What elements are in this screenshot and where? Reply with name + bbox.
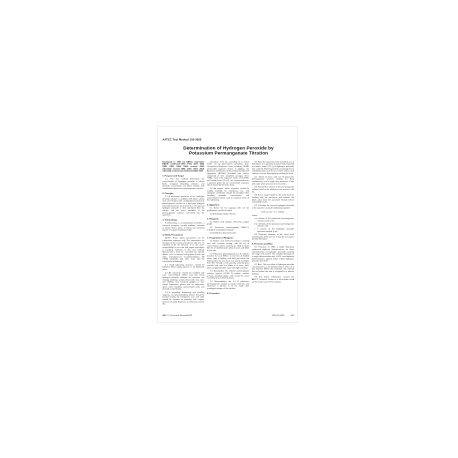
text-block: 4.2 All chemicals should be handled with… (162, 272, 204, 291)
text-block: 1.1 This test method determines the conc… (162, 178, 204, 190)
section-heading: 5. Apparatus (207, 204, 249, 206)
text-block: 8.2 Titrate at once with 0.1 N potassium… (252, 176, 294, 185)
text-block: 7.4 Restandardize the 0.1 N potassium pe… (207, 281, 249, 290)
method-number-header: AATCC Test Method 102-2002 (162, 138, 201, 141)
column-right: 8.1 Pipet the specimen to be titrated (1… (252, 161, 294, 312)
text-block: 7.2 Potassium permanganate, 0.1 N soluti… (207, 253, 249, 269)
document-title: Determination of Hydrogen Peroxide by Po… (158, 146, 298, 156)
text-block: 8.1 Pipet the specimen to be titrated (1… (252, 161, 294, 175)
text-block: Developed in 1961 by AATCC Committee RA1… (162, 161, 204, 173)
page-content: AATCC Test Method 102-2002 Determination… (158, 127, 298, 323)
text-block: 4.4 An organic vapor respirator should b… (207, 188, 249, 202)
footer-method-code: TM 102-2002 (272, 314, 285, 316)
text-block: 8.4 Run a reagent blank in the same mann… (252, 194, 294, 203)
text-block: 6.1 Sulfuric acid solution, 10% (v/v), r… (207, 221, 249, 226)
section-heading: 1. Purpose and Scope (162, 175, 204, 177)
section-heading: 2. Principle (162, 192, 204, 194)
text-block: c = volume of the hydrogen peroxide spec… (252, 228, 294, 233)
section-heading: 3. Terminology (162, 219, 204, 221)
document-page: AATCC Test Method 102-2002 Determination… (157, 126, 298, 323)
text-block: b = normality of the potassium permangan… (252, 223, 294, 228)
document-body: Developed in 1961 by AATCC Committee RA1… (162, 161, 294, 312)
text-block: 4.3 In preparing, dispensing and handlin… (162, 292, 204, 306)
document-title-line2: Potassium Permanganate Titration (158, 151, 298, 156)
section-heading: 4. Safety Precautions (162, 234, 204, 236)
text-block: 6.3 Distilled or deionized water. (207, 232, 249, 234)
text-block: 7.3 Standardize the filtered permanganat… (207, 270, 249, 279)
text-block: 2.1 A measured specimen of the hydrogen … (162, 196, 204, 217)
document-footer: AATCC Technical Manual/2005 TM 102-2002 … (162, 314, 294, 316)
text-block: a = volume of the potassium permanganate… (252, 218, 294, 223)
text-block: 6.2 Potassium permanganate (KMnO₄), 0.10… (207, 227, 249, 232)
text-block: 5.2 Erlenmeyer flasks, 250 mL. (207, 213, 249, 215)
text-block: NOTE: These safety precautions are for i… (162, 237, 204, 263)
text-block: 8.6 Duplicate titrations of the same bat… (252, 234, 294, 241)
text-block: where: (252, 215, 294, 217)
text-block: 9.3 For further information, contact the… (252, 276, 294, 283)
text-block: 7.1 Sulfuric acid, 10% (v/v) solution: c… (207, 240, 249, 252)
document-preview-canvas: AATCC Test Method 102-2002 Determination… (0, 0, 458, 458)
section-heading: 6. Reagents (207, 218, 249, 220)
text-block: procedure must be controlled at or below… (207, 161, 249, 187)
column-left: Developed in 1961 by AATCC Committee RA1… (162, 161, 204, 312)
footer-right-group: TM 102-2002 165 (266, 314, 294, 316)
footer-manual-name: AATCC Technical Manual/2005 (162, 314, 192, 316)
text-block: 9.1 Precision. In 1995, a single laborat… (252, 246, 294, 262)
text-block: 8.5 Calculate the percent hydrogen perox… (252, 205, 294, 210)
section-heading: 8. Procedure (207, 292, 249, 294)
section-heading: 7. Preparation of Reagents (207, 237, 249, 239)
text-block: 8.3 Record the volume of the permanganat… (252, 186, 294, 193)
section-heading: 9. Precision and Bias (252, 243, 294, 245)
text-block: 5.1 Buret, 50 mL capacity, with 0.1 mL g… (207, 207, 249, 212)
column-middle: procedure must be controlled at or below… (207, 161, 249, 312)
text-block: % H₂O₂ = (a × b × 1.701)/c (252, 211, 294, 213)
text-block: 9.2 Bias. The true value of hydrogen per… (252, 264, 294, 276)
text-block: 4.1 Good laboratory practices should be … (162, 264, 204, 271)
text-block: 3.1 bleaching, n.—in preparation of text… (162, 222, 204, 231)
footer-page-number: 165 (290, 314, 294, 316)
